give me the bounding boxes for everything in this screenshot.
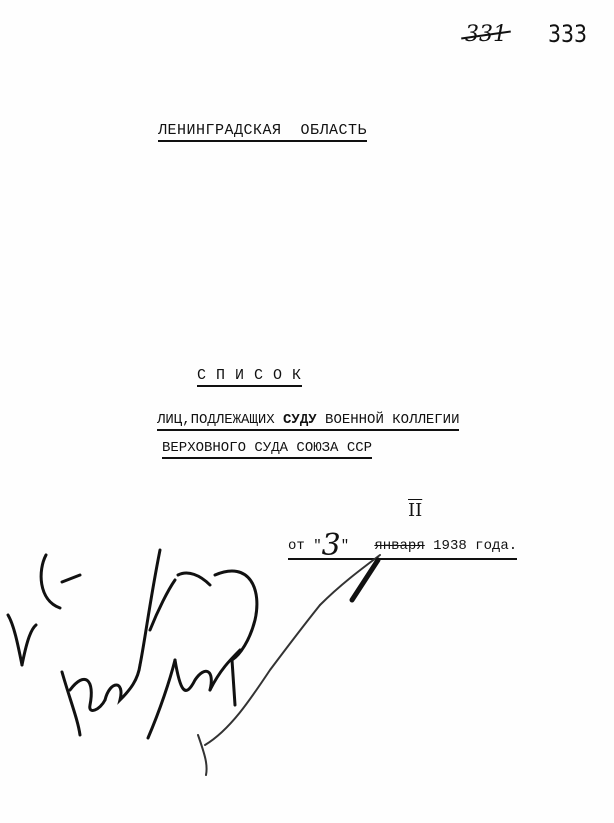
date-month-handwritten: II [408,500,422,521]
archival-document-page: 331 333 ЛЕНИНГРАДСКАЯ ОБЛАСТЬ С П И С О … [0,0,614,823]
subtitle-part-c: ВОЕННОЙ КОЛЛЕГИИ [317,412,460,428]
subtitle-line-2: ВЕРХОВНОГО СУДА СОЮЗА ССР [162,440,372,459]
sheet-number-crossed: 331 [465,22,507,47]
signature-voroshilov-icon [62,550,210,735]
subtitle-part-b: СУДУ [283,412,317,428]
region-heading: ЛЕНИНГРАДСКАЯ ОБЛАСТЬ [158,122,367,142]
date-year: 1938 года. [433,538,517,554]
subtitle-part-a: ЛИЦ,ПОДЛЕЖАЩИХ [157,412,283,428]
sheet-number: 333 [548,20,587,48]
signature-stalin-icon [8,555,80,665]
document-title: С П И С О К [197,367,302,387]
subtitle-line-1: ЛИЦ,ПОДЛЕЖАЩИХ СУДУ ВОЕННОЙ КОЛЛЕГИИ [157,412,459,431]
signatures-block [0,530,400,810]
